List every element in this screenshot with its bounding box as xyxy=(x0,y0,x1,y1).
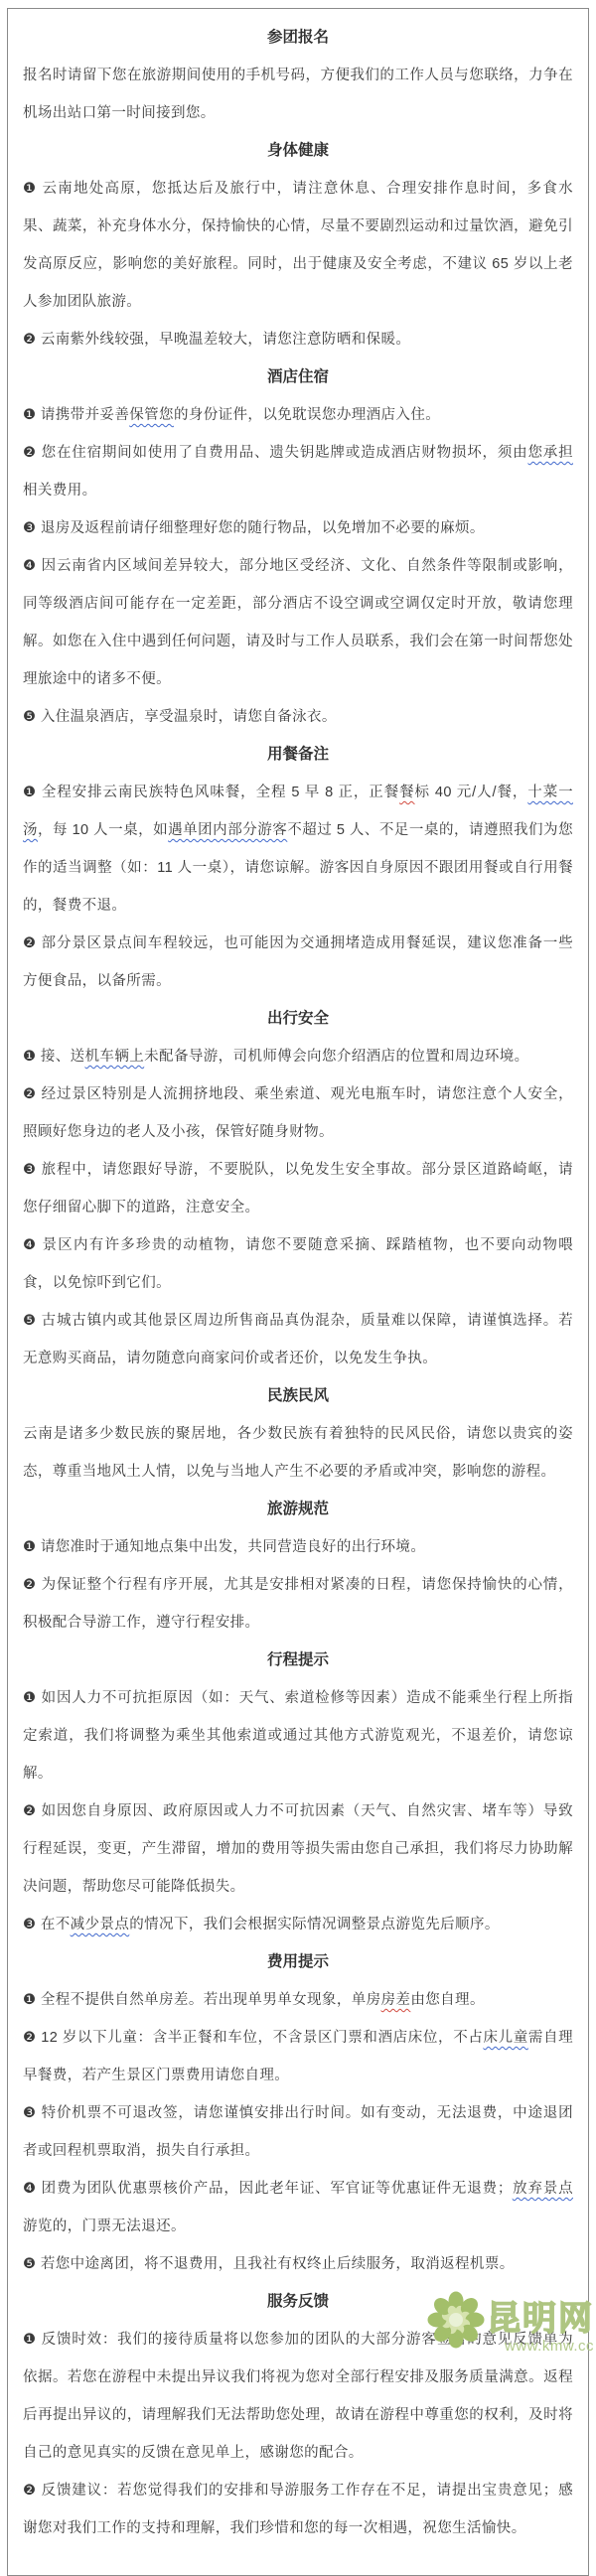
text-run: ❺ 古城古镇内或其他景区周边所售商品真伪混杂，质量难以保障，请谨慎选择。若无意购… xyxy=(23,1313,573,1366)
text-run: ❷ 如因您自身原因、政府原因或人力不可抗因素（天气、自然灾害、堵车等）导致行程延… xyxy=(23,1803,573,1895)
section-title: 民族民风 xyxy=(23,1377,573,1415)
section-title: 参团报名 xyxy=(23,19,573,57)
paragraph: ❹ 景区内有许多珍贵的动植物，请您不要随意采摘、踩踏植物，也不要向动物喂食，以免… xyxy=(23,1226,573,1302)
text-run: ❷ 为保证整个行程有序开展，尤其是安排相对紧凑的日程，请您保持愉快的心情，积极配… xyxy=(23,1577,573,1631)
paragraph: ❶ 接、送机车辆上未配备导游，司机师傅会向您介绍酒店的位置和周边环境。 xyxy=(23,1038,573,1075)
section-title: 用餐备注 xyxy=(23,736,573,774)
page: 参团报名报名时请留下您在旅游期间使用的手机号码，方便我们的工作人员与您联络，力争… xyxy=(0,0,596,2356)
text-run: 标 40 元/人/餐， xyxy=(415,785,528,800)
paragraph: ❶ 请携带并妥善保管您的身份证件，以免耽误您办理酒店入住。 xyxy=(23,396,573,434)
paragraph: 云南是诸多少数民族的聚居地，各少数民族有着独特的民风民俗，请您以贵宾的姿态，尊重… xyxy=(23,1415,573,1491)
text-run: ❷ 经过景区特别是人流拥挤地段、乘坐索道、观光电瓶车时，请您注意个人安全，照顾好… xyxy=(23,1086,573,1140)
section-title: 旅游规范 xyxy=(23,1491,573,1528)
paragraph: ❺ 若您中途离团，将不退费用，且我社有权终止后续服务，取消返程机票。 xyxy=(23,2245,573,2283)
travel-notice-document: 参团报名报名时请留下您在旅游期间使用的手机号码，方便我们的工作人员与您联络，力争… xyxy=(7,8,589,2576)
text-run: ❷ 云南紫外线较强，早晚温差较大，请您注意防晒和保暖。 xyxy=(23,332,410,348)
text-run: ❶ 如因人力不可抗拒原因（如：天气、索道检修等因素）造成不能乘坐行程上所指定索道… xyxy=(23,1690,573,1782)
paragraph: ❶ 全程安排云南民族特色风味餐，全程 5 早 8 正，正餐餐标 40 元/人/餐… xyxy=(23,774,573,925)
text-run: ❺ 若您中途离团，将不退费用，且我社有权终止后续服务，取消返程机票。 xyxy=(23,2256,515,2272)
text-run: ，每 10 人一桌，如 xyxy=(38,822,168,838)
paragraph: ❶ 请您准时于通知地点集中出发，共同营造良好的出行环境。 xyxy=(23,1528,573,1566)
text-run: 游览的，门票无法退还。 xyxy=(23,2218,186,2234)
text-run: ❺ 入住温泉酒店，享受温泉时，请您自备泳衣。 xyxy=(23,709,337,725)
section-title: 酒店住宿 xyxy=(23,358,573,396)
site-watermark: 昆明网 www.kmw.cc xyxy=(427,2291,594,2354)
spellcheck-underline-blue: 床儿童 xyxy=(483,2030,527,2046)
text-run: 的情况下，我们会根据实际情况调整景点游览先后顺序。 xyxy=(129,1917,500,1932)
text-run: ❹ 景区内有许多珍贵的动植物，请您不要随意采摘、踩踏植物，也不要向动物喂食，以免… xyxy=(23,1237,573,1291)
section-title: 行程提示 xyxy=(23,1642,573,1679)
spellcheck-underline-blue: 机车辆上 xyxy=(85,1049,145,1065)
text-run: 云南是诸多少数民族的聚居地，各少数民族有着独特的民风民俗，请您以贵宾的姿态，尊重… xyxy=(23,1426,573,1480)
text-run: ❶ 云南地处高原，您抵达后及旅行中，请注意休息、合理安排作息时间，多食水果、蔬菜… xyxy=(23,181,573,310)
paragraph: ❷ 反馈建议：若您觉得我们的安排和导游服务工作存在不足，请提出宝贵意见；感谢您对… xyxy=(23,2472,573,2547)
paragraph: ❶ 全程不提供自然单房差。若出现单男单女现象，单房房差由您自理。 xyxy=(23,1981,573,2019)
text-run: ❸ 退房及返程前请仔细整理好您的随行物品，以免增加不必要的麻烦。 xyxy=(23,520,485,536)
section-title: 身体健康 xyxy=(23,132,573,170)
paragraph: ❷ 您在住宿期间如使用了自费用品、遗失钥匙牌或造成酒店财物损坏，须由您承担相关费… xyxy=(23,434,573,509)
text-run: ❷ 反馈建议：若您觉得我们的安排和导游服务工作存在不足，请提出宝贵意见；感谢您对… xyxy=(23,2483,573,2536)
text-run: ❶ 请您准时于通知地点集中出发，共同营造良好的出行环境。 xyxy=(23,1539,425,1555)
text-run: 由您自理。 xyxy=(410,1992,485,2008)
paragraph: ❺ 入住温泉酒店，享受温泉时，请您自备泳衣。 xyxy=(23,698,573,736)
paragraph: ❸ 退房及返程前请仔细整理好您的随行物品，以免增加不必要的麻烦。 xyxy=(23,509,573,547)
spellcheck-underline-blue: 保管您 xyxy=(129,407,174,423)
watermark-text: 昆明网 www.kmw.cc xyxy=(487,2302,594,2354)
flower-logo-icon xyxy=(427,2291,485,2354)
watermark-site-name: 昆明网 xyxy=(487,2302,594,2336)
paragraph: ❸ 在不减少景点的情况下，我们会根据实际情况调整景点游览先后顺序。 xyxy=(23,1906,573,1943)
paragraph: ❺ 古城古镇内或其他景区周边所售商品真伪混杂，质量难以保障，请谨慎选择。若无意购… xyxy=(23,1302,573,1377)
paragraph: ❸ 特价机票不可退改签，请您谨慎安排出行时间。如有变动，无法退费，中途退团者或回… xyxy=(23,2094,573,2170)
text-run: ❶ 接、送 xyxy=(23,1049,85,1065)
paragraph: ❷ 如因您自身原因、政府原因或人力不可抗因素（天气、自然灾害、堵车等）导致行程延… xyxy=(23,1792,573,1906)
spellcheck-underline-red: 房差 xyxy=(381,1992,411,2008)
text-run: 未配备导游，司机师傅会向您介绍酒店的位置和周边环境。 xyxy=(144,1049,528,1065)
paragraph: ❹ 因云南省内区域间差异较大，部分地区受经济、文化、自然条件等限制或影响，同等级… xyxy=(23,547,573,698)
text-run: 的身份证件，以免耽误您办理酒店入住。 xyxy=(174,407,440,423)
spellcheck-underline-blue: 遇单团内部分游客 xyxy=(168,822,287,838)
paragraph: ❷ 为保证整个行程有序开展，尤其是安排相对紧凑的日程，请您保持愉快的心情，积极配… xyxy=(23,1566,573,1642)
text-run: ❶ 请携带并妥善 xyxy=(23,407,129,423)
paragraph: ❸ 旅程中，请您跟好导游，不要脱队，以免发生安全事故。部分景区道路崎岖，请您仔细… xyxy=(23,1151,573,1226)
text-run: ❶ 全程安排云南民族特色风味餐，全程 5 早 8 正，正餐 xyxy=(23,785,399,800)
text-run: ❷ 部分景区景点间车程较远，也可能因为交通拥堵造成用餐延误，建议您准备一些方便食… xyxy=(23,935,573,989)
paragraph: ❷ 12 岁以下儿童：含半正餐和车位，不含景区门票和酒店床位，不占床儿童需自理早… xyxy=(23,2019,573,2094)
paragraph: ❹ 团费为团队优惠票核价产品，因此老年证、军官证等优惠证件无退费；放弃景点游览的… xyxy=(23,2170,573,2245)
text-run: 相关费用。 xyxy=(23,483,97,499)
section-title: 费用提示 xyxy=(23,1943,573,1981)
section-title: 出行安全 xyxy=(23,1000,573,1038)
watermark-site-url: www.kmw.cc xyxy=(505,2339,594,2354)
paragraph: ❷ 经过景区特别是人流拥挤地段、乘坐索道、观光电瓶车时，请您注意个人安全，照顾好… xyxy=(23,1075,573,1151)
spellcheck-underline-red: 餐 xyxy=(399,785,414,800)
paragraph: ❶ 云南地处高原，您抵达后及旅行中，请注意休息、合理安排作息时间，多食水果、蔬菜… xyxy=(23,170,573,321)
paragraph: 报名时请留下您在旅游期间使用的手机号码，方便我们的工作人员与您联络，力争在机场出… xyxy=(23,57,573,132)
text-run: ❸ 在不 xyxy=(23,1917,71,1932)
text-run: ❹ 团费为团队优惠票核价产品，因此老年证、军官证等优惠证件无退费； xyxy=(23,2181,513,2197)
paragraph: ❷ 云南紫外线较强，早晚温差较大，请您注意防晒和保暖。 xyxy=(23,321,573,358)
text-run: 报名时请留下您在旅游期间使用的手机号码，方便我们的工作人员与您联络，力争在机场出… xyxy=(23,68,573,121)
sections-container: 参团报名报名时请留下您在旅游期间使用的手机号码，方便我们的工作人员与您联络，力争… xyxy=(23,19,573,2547)
text-run: ❶ 全程不提供自然单房差。若出现单男单女现象，单房 xyxy=(23,1992,381,2008)
spellcheck-underline-blue: 减少景点 xyxy=(71,1917,130,1932)
text-run: ❸ 特价机票不可退改签，请您谨慎安排出行时间。如有变动，无法退费，中途退团者或回… xyxy=(23,2105,573,2159)
text-run: ❷ 您在住宿期间如使用了自费用品、遗失钥匙牌或造成酒店财物损坏，须由 xyxy=(23,445,527,461)
text-run: ❷ 12 岁以下儿童：含半正餐和车位，不含景区门票和酒店床位，不占 xyxy=(23,2030,483,2046)
spellcheck-underline-blue: 放弃景点 xyxy=(513,2181,573,2197)
paragraph: ❶ 如因人力不可抗拒原因（如：天气、索道检修等因素）造成不能乘坐行程上所指定索道… xyxy=(23,1679,573,1792)
spellcheck-underline-blue: 您承担 xyxy=(527,445,573,461)
text-run: ❸ 旅程中，请您跟好导游，不要脱队，以免发生安全事故。部分景区道路崎岖，请您仔细… xyxy=(23,1162,573,1216)
paragraph: ❷ 部分景区景点间车程较远，也可能因为交通拥堵造成用餐延误，建议您准备一些方便食… xyxy=(23,925,573,1000)
text-run: ❹ 因云南省内区域间差异较大，部分地区受经济、文化、自然条件等限制或影响，同等级… xyxy=(23,558,573,687)
